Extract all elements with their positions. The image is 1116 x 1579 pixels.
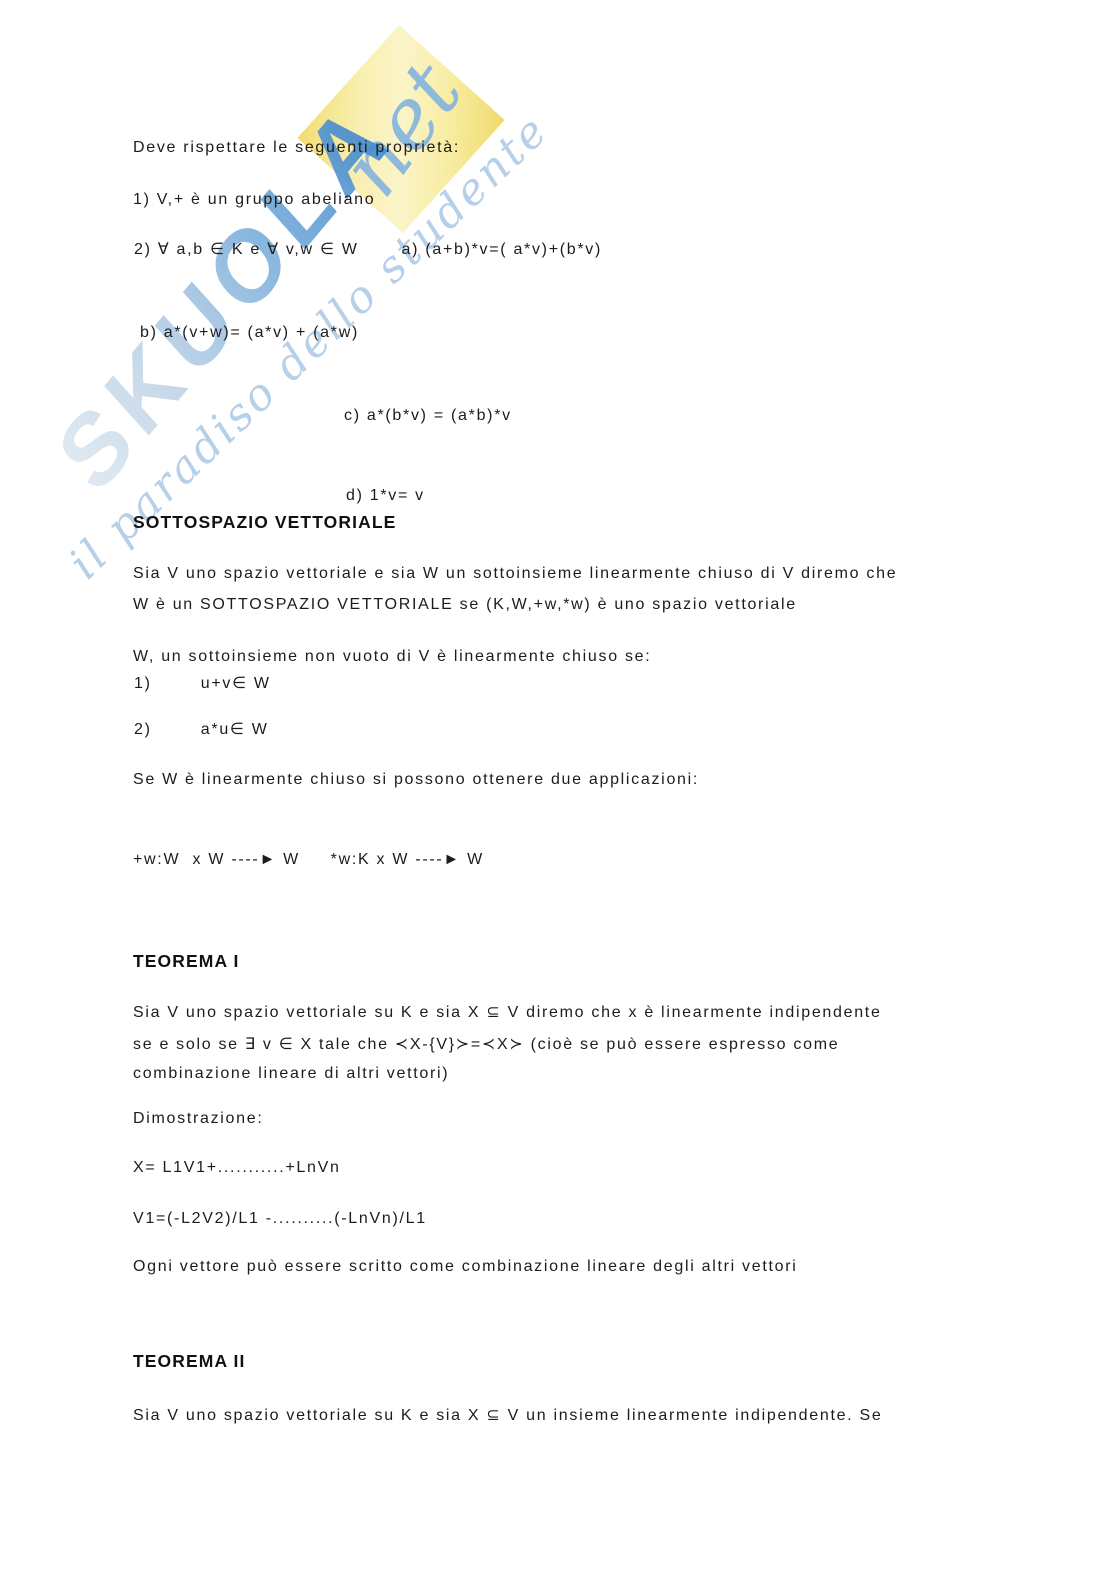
document-page: net SKUOLA il paradiso dello studente De… <box>0 0 1116 1579</box>
teorema-1-body-line3: combinazione lineare di altri vettori) <box>133 1065 449 1083</box>
property-rule-b: b) a*(v+w)= (a*v) + (a*w) <box>140 324 359 342</box>
teorema-2-body-line1: Sia V uno spazio vettoriale su K e sia X… <box>133 1405 882 1425</box>
properties-intro-line: Deve rispettare le seguenti proprietà: <box>133 139 460 157</box>
sottospazio-definition-line2: W è un SOTTOSPAZIO VETTORIALE se (K,W,+w… <box>133 596 797 614</box>
proof-equation-1: X= L1V1+...........+LnVn <box>133 1159 341 1177</box>
linearly-closed-intro: W, un sottoinsieme non vuoto di V è line… <box>133 648 651 666</box>
heading-teorema-1: TEOREMA I <box>133 951 239 972</box>
applications-intro-line: Se W è linearmente chiuso si possono ott… <box>133 771 699 789</box>
proof-label: Dimostrazione: <box>133 1110 264 1128</box>
closure-condition-1: 1) u+v∈ W <box>134 673 271 693</box>
proof-conclusion-note: Ogni vettore può essere scritto come com… <box>133 1258 798 1276</box>
closure-condition-2: 2) a*u∈ W <box>134 719 269 739</box>
property-1-abelian-group: 1) V,+ è un gruppo abeliano <box>133 191 375 209</box>
teorema-1-body-line1: Sia V uno spazio vettoriale su K e sia X… <box>133 1002 882 1022</box>
property-rule-c: c) a*(b*v) = (a*b)*v <box>344 407 512 425</box>
applications-maps-line: +w:W x W ----► W *w:K x W ----► W <box>133 851 484 869</box>
teorema-1-body-line2: se e solo se ∃ v ∈ X tale che ≺X-{V}≻=≺X… <box>133 1034 839 1054</box>
property-2-with-rule-a: 2) ∀ a,b ∈ K e ∀ v,w ∈ W a) (a+b)*v=( a*… <box>134 239 602 259</box>
proof-equation-2: V1=(-L2V2)/L1 -..........(-LnVn)/L1 <box>133 1210 427 1228</box>
sottospazio-definition-line1: Sia V uno spazio vettoriale e sia W un s… <box>133 565 897 583</box>
heading-sottospazio-vettoriale: SOTTOSPAZIO VETTORIALE <box>133 512 396 533</box>
property-rule-d: d) 1*v= v <box>346 487 425 505</box>
document-content: Deve rispettare le seguenti proprietà: 1… <box>0 0 1116 1579</box>
heading-teorema-2: TEOREMA II <box>133 1351 245 1372</box>
